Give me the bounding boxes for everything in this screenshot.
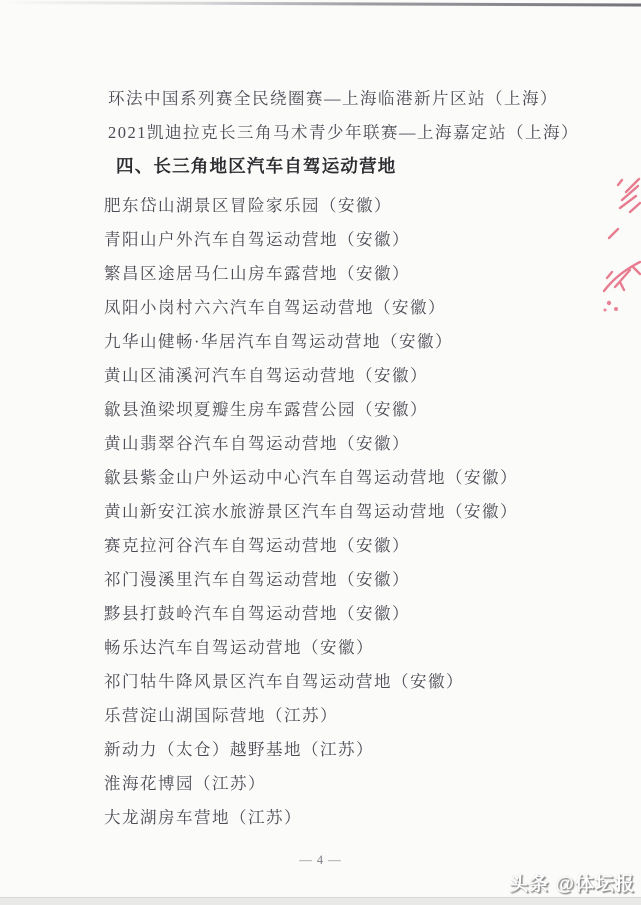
list-item: 畅乐达汽车自驾运动营地（安徽） — [0, 629, 641, 663]
page-number: — 4 — — [0, 853, 641, 868]
list-item: 九华山健畅·华居汽车自驾运动营地（安徽） — [0, 323, 641, 357]
scan-bottom-edge — [0, 897, 641, 905]
event-line: 2021凯迪拉克长三角马术青少年联赛—上海嘉定站（上海） — [0, 114, 641, 148]
list-item: 肥东岱山湖景区冒险家乐园（安徽） — [0, 187, 641, 221]
list-item: 歙县渔梁坝夏瓣生房车露营公园（安徽） — [0, 391, 641, 425]
list-item: 歙县紫金山户外运动中心汽车自驾运动营地（安徽） — [0, 459, 641, 493]
list-item: 黄山新安江滨水旅游景区汽车自驾运动营地（安徽） — [0, 493, 641, 527]
list-item: 凤阳小岗村六六汽车自驾运动营地（安徽） — [0, 289, 641, 323]
list-item: 青阳山户外汽车自驾运动营地（安徽） — [0, 221, 641, 255]
list-item: 大龙湖房车营地（江苏） — [0, 799, 641, 833]
list-item: 祁门牯牛降风景区汽车自驾运动营地（安徽） — [0, 663, 641, 697]
list-item: 黄山翡翠谷汽车自驾运动营地（安徽） — [0, 425, 641, 459]
list-item: 赛克拉河谷汽车自驾运动营地（安徽） — [0, 527, 641, 561]
document-content: 环法中国系列赛全民绕圈赛—上海临港新片区站（上海） 2021凯迪拉克长三角马术青… — [0, 80, 641, 833]
event-line: 环法中国系列赛全民绕圈赛—上海临港新片区站（上海） — [0, 80, 641, 114]
list-item: 乐营淀山湖国际营地（江苏） — [0, 697, 641, 731]
scan-top-edge — [0, 1, 641, 7]
list-item: 淮海花博园（江苏） — [0, 765, 641, 799]
list-item: 黄山区浦溪河汽车自驾运动营地（安徽） — [0, 357, 641, 391]
red-seal-stamp-icon — [595, 150, 641, 340]
document-page: 环法中国系列赛全民绕圈赛—上海临港新片区站（上海） 2021凯迪拉克长三角马术青… — [0, 0, 641, 905]
list-item: 黟县打鼓岭汽车自驾运动营地（安徽） — [0, 595, 641, 629]
toutiao-watermark: 头条 @体坛报 — [509, 869, 635, 896]
list-item: 祁门漫溪里汽车自驾运动营地（安徽） — [0, 561, 641, 595]
list-item: 繁昌区途居马仁山房车露营地（安徽） — [0, 255, 641, 289]
list-item: 新动力（太仓）越野基地（江苏） — [0, 731, 641, 765]
section-heading: 四、长三角地区汽车自驾运动营地 — [0, 148, 641, 182]
